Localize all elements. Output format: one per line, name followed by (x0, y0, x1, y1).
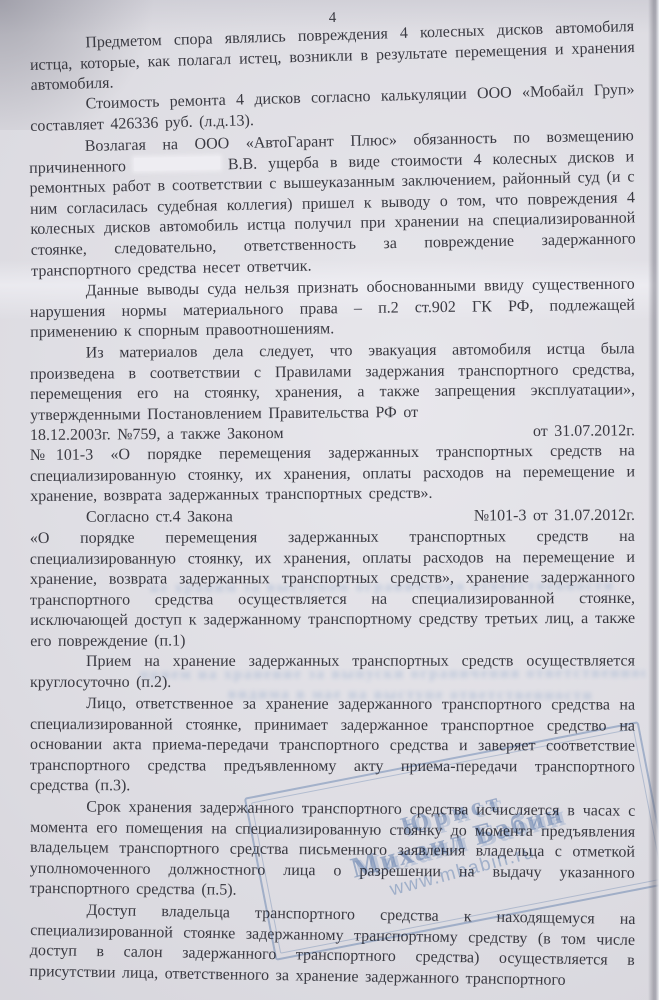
para-acceptance-24h: Прием на хранение задержанных транспортн… (30, 652, 635, 694)
article4-reference-text: Согласно ст.4 Закона (30, 508, 233, 529)
para-court-conclusion: Возлагая на ООО «АвтоГарант Плюс» обязан… (29, 126, 637, 282)
law-number-date-text: №101-3 от 31.07.2012г. (474, 506, 635, 527)
para-law-101-title: №101-3 «О порядке перемещения задержанны… (30, 442, 635, 509)
scanned-court-document-page: не храним за выступом ограничения ответс… (0, 0, 659, 1000)
law-date-text: от 31.07.2012г. (533, 421, 635, 442)
para-evacuation-rules: Из материалов дела следует, что эвакуаци… (30, 339, 636, 426)
document-body: 4 Предметом спора являлись повреждения 4… (30, 8, 635, 982)
para-storage-term: Срок хранения задержанного транспортного… (30, 797, 636, 905)
line-law-article4: Согласно ст.4 Закона №101-3 от 31.07.201… (30, 506, 635, 529)
page-edge-shadow (648, 0, 659, 1000)
redacted-name (134, 156, 220, 171)
para-law-storage-rules: «О порядке перемещения задержанных транс… (30, 527, 635, 653)
para-owner-access: Доступ владельца транспортного средства … (29, 900, 635, 992)
resolution-number-text: 18.12.2003г. №759, а также Законом (30, 424, 284, 447)
para-responsible-person: Лицо, ответственное за хранение задержан… (30, 694, 635, 799)
para-conclusions-unfounded: Данные выводы суда нельзя признать обосн… (30, 274, 636, 343)
